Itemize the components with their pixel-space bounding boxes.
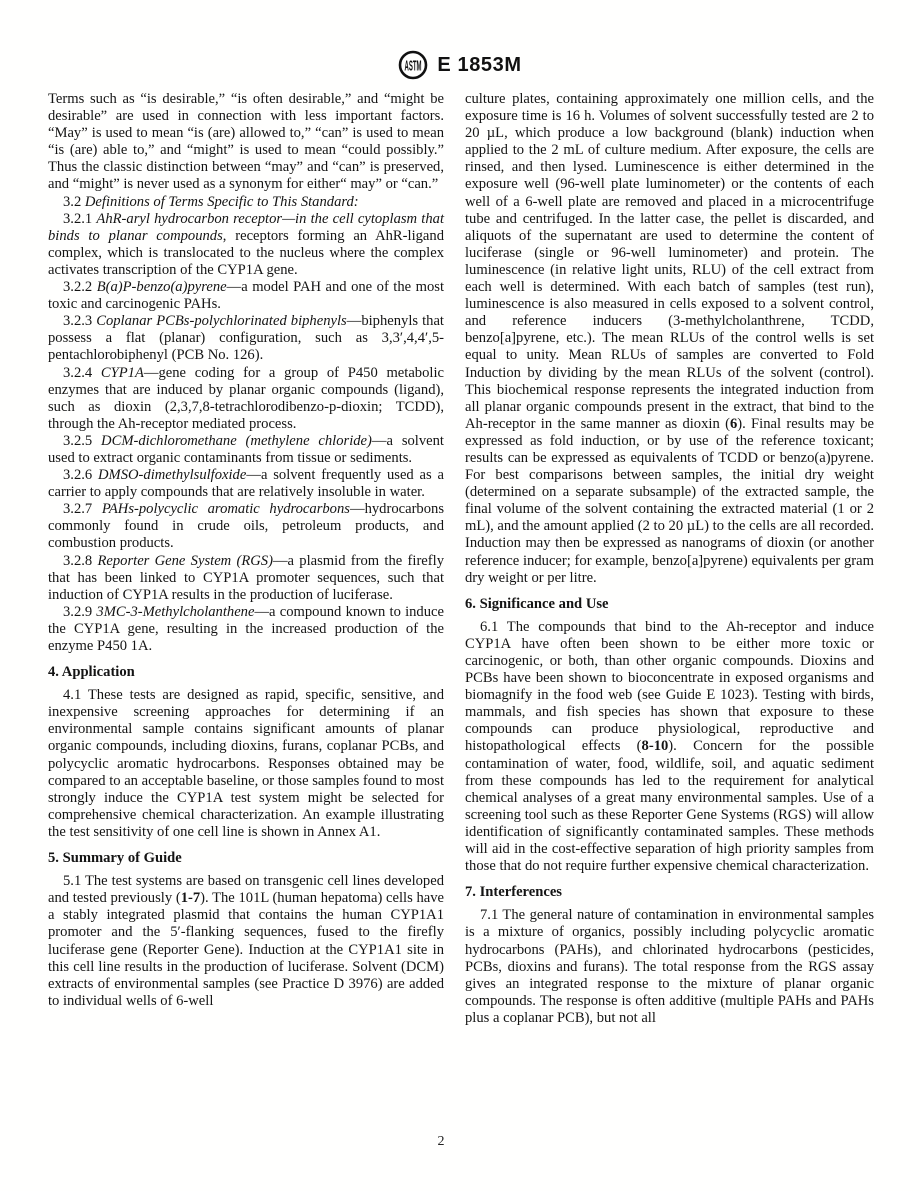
paragraph: 3.2.6 DMSO-dimethylsulfoxide—a solvent f… [48,467,444,501]
section-heading: 6. Significance and Use [465,596,874,613]
paragraph: culture plates, containing approximately… [465,91,874,587]
paragraph: 3.2.1 AhR-aryl hydrocarbon receptor—in t… [48,211,444,279]
two-column-body: Terms such as “is desirable,” “is often … [48,91,874,1027]
svg-text:ASTM: ASTM [405,58,422,75]
page-number: 2 [48,1134,834,1150]
paragraph: 3.2 Definitions of Terms Specific to Thi… [48,194,444,211]
right-column: culture plates, containing approximately… [465,91,874,1027]
paragraph: 3.2.9 3MC-3-Methylcholanthene—a compound… [48,604,444,655]
left-column: Terms such as “is desirable,” “is often … [48,91,444,1027]
paragraph: 3.2.8 Reporter Gene System (RGS)—a plasm… [48,553,444,604]
paragraph: 7.1 The general nature of contamination … [465,907,874,1027]
section-heading: 4. Application [48,664,444,681]
paragraph: 5.1 The test systems are based on transg… [48,873,444,1010]
paragraph: 3.2.4 CYP1A—gene coding for a group of P… [48,365,444,433]
paragraph: 3.2.7 PAHs-polycyclic aromatic hydrocarb… [48,501,444,552]
paragraph: 3.2.5 DCM-dichloromethane (methylene chl… [48,433,444,467]
section-heading: 5. Summary of Guide [48,850,444,867]
page-header: ASTM E 1853M [0,50,920,80]
paragraph: 6.1 The compounds that bind to the Ah-re… [465,619,874,875]
astm-logo-icon: ASTM [398,50,428,80]
document-page: ASTM E 1853M Terms such as “is desirable… [0,0,920,1191]
paragraph: 4.1 These tests are designed as rapid, s… [48,687,444,841]
document-code: E 1853M [437,54,521,77]
paragraph: 3.2.2 B(a)P-benzo(a)pyrene—a model PAH a… [48,279,444,313]
section-heading: 7. Interferences [465,884,874,901]
paragraph: 3.2.3 Coplanar PCBs-polychlorinated biph… [48,313,444,364]
paragraph: Terms such as “is desirable,” “is often … [48,91,444,194]
